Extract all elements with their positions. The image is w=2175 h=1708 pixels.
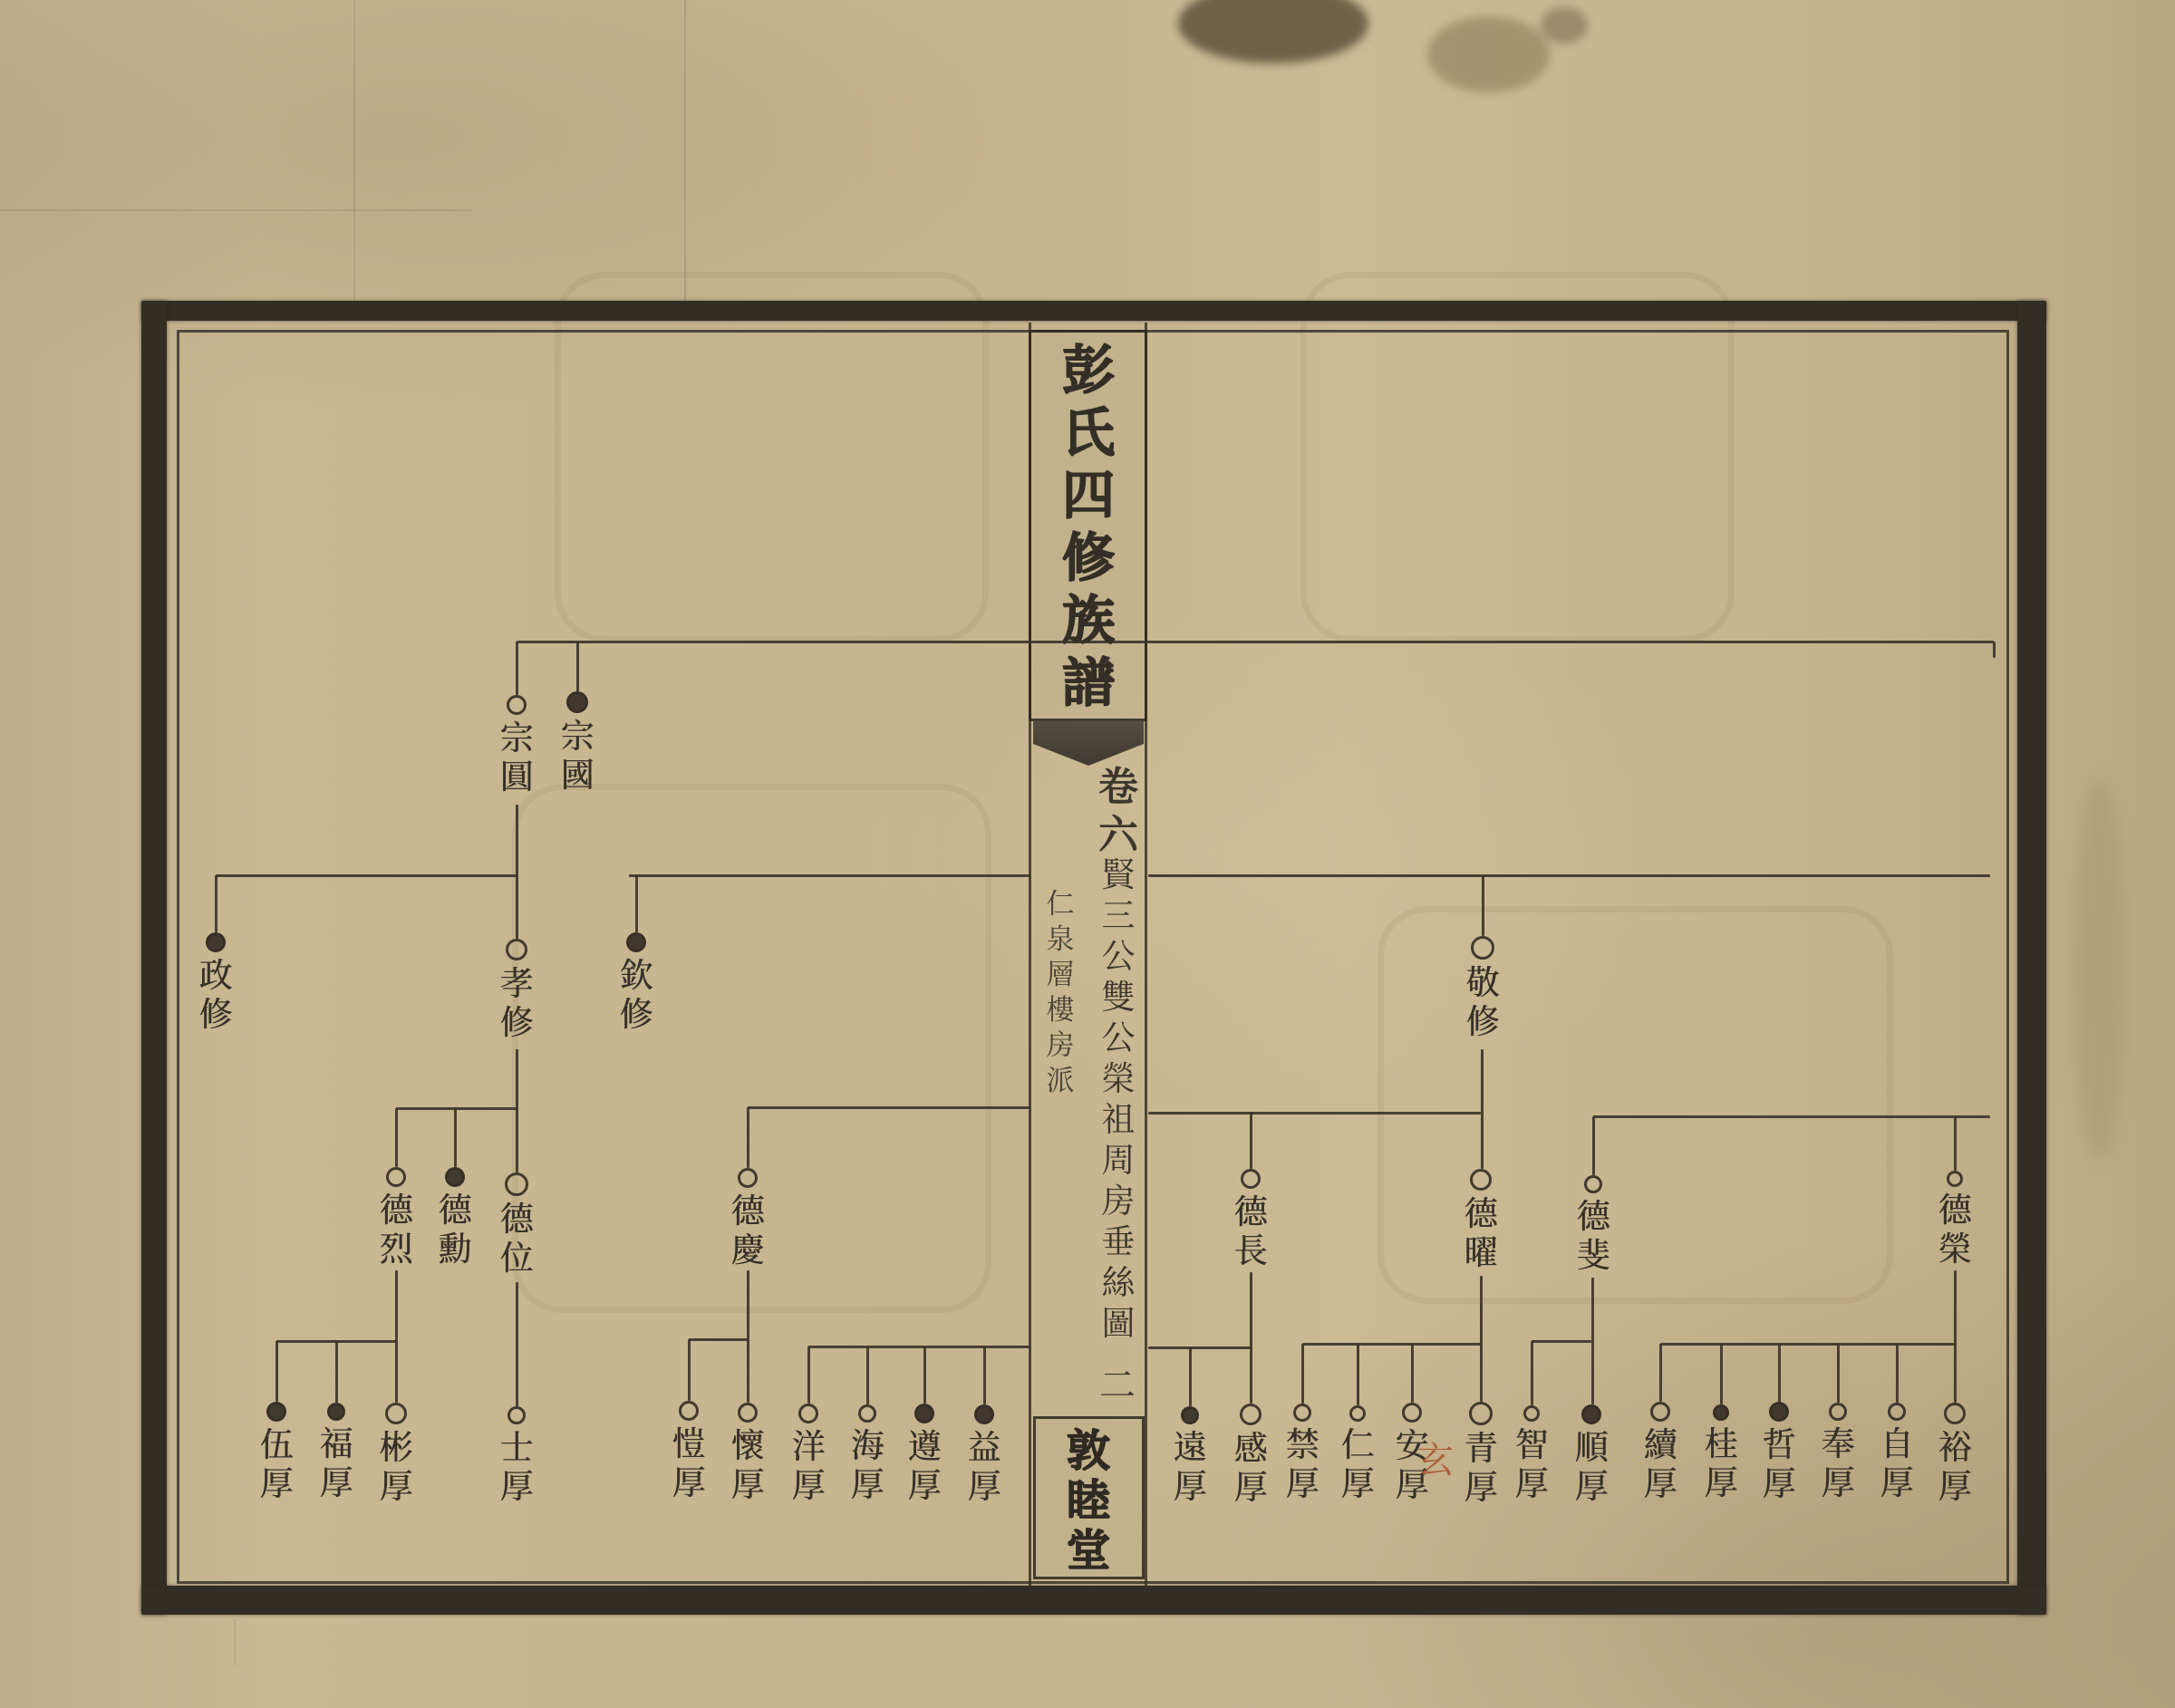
glyph: 遵	[890, 1428, 959, 1467]
tree-line-horizontal	[1148, 1112, 1481, 1115]
person-node-circle	[1471, 936, 1494, 960]
person-name: 宗圓	[482, 719, 551, 797]
glyph: 厚	[713, 1466, 782, 1505]
tree-line-vertical	[1954, 1116, 1957, 1171]
person-node-circle	[738, 1168, 758, 1188]
person-name: 遵厚	[890, 1428, 959, 1506]
tree-line-vertical	[576, 642, 579, 692]
glyph: 順	[1557, 1429, 1626, 1468]
person-node-circle	[1470, 1169, 1492, 1191]
person-node-circle	[1349, 1405, 1366, 1422]
tree-line-vertical	[1189, 1347, 1192, 1406]
glyph: 斐	[1559, 1237, 1628, 1276]
tree-line-vertical	[1481, 1049, 1484, 1169]
glyph: 榮	[1920, 1230, 1989, 1269]
person-node-circle	[505, 1172, 528, 1196]
person-node-circle	[1241, 1169, 1261, 1189]
person-name: 遠厚	[1155, 1429, 1224, 1507]
tree-line-vertical	[923, 1346, 926, 1404]
tree-line-vertical	[275, 1341, 278, 1402]
tree-line-vertical	[516, 1049, 518, 1172]
tree-line-vertical	[1250, 1272, 1252, 1404]
person-node-circle	[1888, 1403, 1906, 1421]
person-name: 伍厚	[242, 1426, 311, 1504]
glyph: 勳	[420, 1230, 489, 1269]
glyph: 厚	[1920, 1468, 1989, 1507]
person-name: 益厚	[950, 1429, 1019, 1507]
tree-line-vertical	[1896, 1344, 1899, 1403]
person-name: 德勳	[420, 1192, 489, 1269]
glyph: 厚	[1557, 1468, 1626, 1507]
person-name: 宗國	[543, 718, 612, 796]
tree-line-vertical	[1993, 642, 1996, 658]
glyph: 修	[181, 996, 250, 1035]
person-node-circle	[1713, 1404, 1729, 1421]
tree-line-vertical	[1357, 1344, 1359, 1405]
tree-line-vertical	[516, 805, 518, 939]
glyph: 德	[1920, 1192, 1989, 1230]
glyph: 厚	[890, 1467, 959, 1506]
tree-line-horizontal	[808, 1346, 1030, 1348]
tree-line-horizontal	[689, 1338, 748, 1341]
tree-line-horizontal	[1148, 1346, 1251, 1349]
tree-line-vertical	[395, 1270, 398, 1403]
glyph: 敬	[1448, 964, 1517, 1003]
person-name: 德長	[1216, 1193, 1285, 1271]
person-name: 德榮	[1920, 1192, 1989, 1269]
person-node-circle	[507, 695, 527, 715]
tree-line-horizontal	[1148, 874, 1990, 877]
glyph: 德	[1446, 1195, 1515, 1234]
person-node-circle	[1829, 1403, 1847, 1421]
tree-line-vertical	[688, 1339, 691, 1401]
person-node-circle	[798, 1404, 818, 1423]
glyph: 慶	[713, 1231, 782, 1270]
tree-line-horizontal	[1660, 1343, 1955, 1346]
glyph: 德	[713, 1192, 782, 1231]
tree-line-vertical	[1250, 1113, 1252, 1169]
glyph: 德	[420, 1192, 489, 1230]
person-node-circle	[1944, 1403, 1966, 1424]
tree-line-vertical	[335, 1341, 338, 1403]
tree-line-vertical	[1659, 1344, 1662, 1402]
person-node-circle	[626, 932, 646, 952]
person-node-circle	[738, 1403, 758, 1423]
person-node-circle	[914, 1404, 934, 1423]
glyph: 遠	[1155, 1429, 1224, 1468]
person-node-circle	[1181, 1406, 1199, 1424]
glyph: 福	[302, 1425, 371, 1464]
person-name: 懷厚	[713, 1427, 782, 1505]
person-node-circle	[507, 1406, 526, 1424]
tree-line-vertical	[1411, 1344, 1414, 1403]
person-name: 敬修	[1448, 964, 1517, 1042]
family-tree-diagram: 宗圓宗國政修孝修欽修敬修德烈德勳德位德慶德長德曜德斐德榮伍厚福厚彬厚士厚愷厚懷厚…	[0, 0, 2175, 1708]
tree-line-vertical	[866, 1346, 869, 1404]
glyph: 修	[602, 996, 671, 1035]
glyph: 厚	[1155, 1468, 1224, 1507]
glyph: 位	[482, 1240, 551, 1279]
glyph: 德	[482, 1201, 551, 1240]
scanned-genealogy-page: 彭氏四修族譜 卷六 賢三公雙公榮祖周房垂絲圖 仁泉層樓房派 二 敦睦堂 宗圓宗國…	[0, 0, 2175, 1708]
tree-line-vertical	[454, 1108, 457, 1167]
glyph: 彬	[362, 1429, 430, 1468]
person-node-circle	[506, 939, 527, 960]
person-name: 德位	[482, 1201, 551, 1279]
glyph: 厚	[302, 1464, 371, 1503]
person-node-circle	[386, 1167, 406, 1187]
tree-line-horizontal	[1593, 1115, 1990, 1118]
person-node-circle	[858, 1404, 876, 1423]
person-node-circle	[206, 932, 226, 952]
glyph: 厚	[950, 1468, 1019, 1507]
person-name: 德慶	[713, 1192, 782, 1270]
tree-line-horizontal	[517, 641, 1994, 643]
glyph: 曜	[1446, 1234, 1515, 1273]
tree-line-vertical	[983, 1346, 986, 1404]
person-node-circle	[445, 1167, 465, 1187]
tree-line-horizontal	[748, 1106, 1030, 1109]
glyph: 宗	[482, 719, 551, 758]
glyph: 長	[1216, 1232, 1285, 1271]
glyph: 宗	[543, 718, 612, 757]
glyph: 智	[1497, 1426, 1566, 1465]
tree-line-vertical	[516, 642, 518, 695]
person-node-circle	[1581, 1404, 1601, 1424]
glyph: 厚	[1626, 1465, 1695, 1504]
glyph: 孝	[482, 965, 551, 1004]
tree-line-vertical	[395, 1108, 398, 1167]
tree-line-vertical	[635, 875, 638, 932]
glyph: 修	[482, 1004, 551, 1043]
glyph: 欽	[602, 957, 671, 996]
glyph: 德	[1216, 1193, 1285, 1232]
glyph: 國	[543, 757, 612, 796]
person-node-circle	[1293, 1404, 1311, 1422]
tree-line-vertical	[1591, 1278, 1594, 1404]
person-name: 續厚	[1626, 1426, 1695, 1504]
glyph: 續	[1626, 1426, 1695, 1465]
tree-line-horizontal	[1532, 1340, 1591, 1343]
glyph: 政	[181, 957, 250, 996]
person-node-circle	[385, 1403, 407, 1424]
glyph: 厚	[362, 1468, 430, 1507]
tree-line-vertical	[1720, 1344, 1723, 1404]
person-node-circle	[1523, 1405, 1540, 1422]
glyph: 厚	[1497, 1465, 1566, 1504]
glyph: 益	[950, 1429, 1019, 1468]
person-node-circle	[1469, 1402, 1493, 1425]
tree-line-horizontal	[396, 1107, 517, 1110]
tree-line-vertical	[516, 1282, 518, 1406]
tree-line-vertical	[215, 875, 217, 932]
person-node-circle	[1947, 1171, 1963, 1187]
glyph: 裕	[1920, 1429, 1989, 1468]
tree-line-vertical	[1778, 1344, 1781, 1403]
person-name: 智厚	[1497, 1426, 1566, 1504]
person-node-circle	[266, 1402, 286, 1422]
tree-line-horizontal	[216, 874, 517, 877]
glyph: 厚	[242, 1465, 311, 1504]
tree-line-vertical	[807, 1346, 810, 1404]
glyph: 厚	[482, 1468, 551, 1507]
tree-line-vertical	[1480, 1276, 1483, 1402]
person-name: 孝修	[482, 965, 551, 1043]
glyph: 德	[1559, 1198, 1628, 1237]
tree-line-vertical	[1837, 1344, 1840, 1403]
person-node-circle	[566, 691, 588, 713]
glyph: 圓	[482, 758, 551, 797]
person-name: 福厚	[302, 1425, 371, 1503]
person-name: 德曜	[1446, 1195, 1515, 1273]
glyph: 修	[1448, 1003, 1517, 1042]
tree-line-vertical	[1531, 1341, 1533, 1405]
person-node-circle	[974, 1404, 994, 1424]
tree-line-horizontal	[629, 874, 1030, 877]
person-node-circle	[1769, 1402, 1789, 1422]
person-node-circle	[679, 1401, 699, 1421]
tree-line-vertical	[747, 1107, 749, 1168]
person-node-circle	[1584, 1175, 1602, 1193]
person-name: 裕厚	[1920, 1429, 1989, 1507]
tree-line-horizontal	[1302, 1343, 1481, 1346]
person-node-circle	[1240, 1404, 1261, 1425]
glyph: 伍	[242, 1426, 311, 1465]
tree-line-vertical	[1482, 875, 1484, 936]
tree-line-vertical	[1592, 1116, 1595, 1175]
person-node-circle	[1402, 1403, 1422, 1423]
person-name: 士厚	[482, 1429, 551, 1507]
glyph: 懷	[713, 1427, 782, 1466]
tree-line-vertical	[1301, 1344, 1304, 1404]
person-node-circle	[327, 1403, 345, 1421]
person-name: 彬厚	[362, 1429, 430, 1507]
person-name: 順厚	[1557, 1429, 1626, 1507]
person-name: 德斐	[1559, 1198, 1628, 1276]
glyph: 士	[482, 1429, 551, 1468]
person-name: 欽修	[602, 957, 671, 1035]
person-name: 政修	[181, 957, 250, 1035]
person-node-circle	[1650, 1402, 1670, 1422]
tree-line-vertical	[747, 1270, 749, 1403]
tree-line-vertical	[1954, 1270, 1957, 1403]
